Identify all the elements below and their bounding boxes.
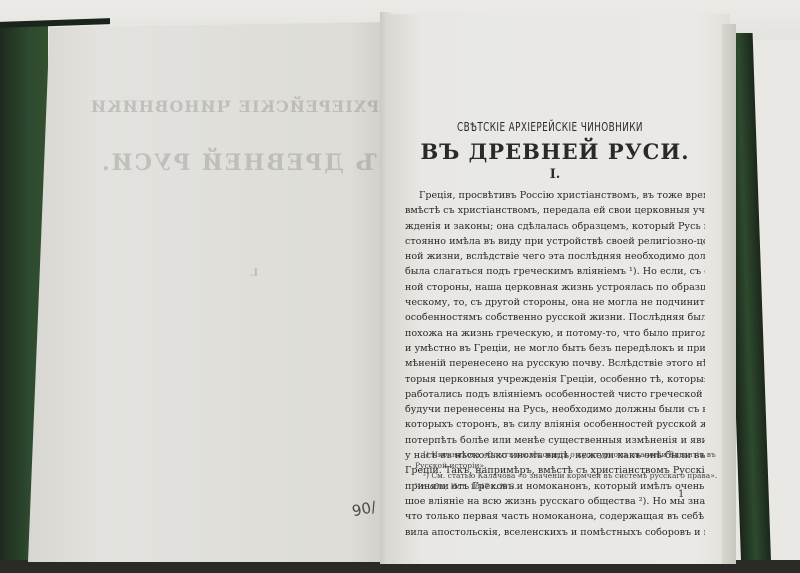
bleed-through-section: I. [250,268,258,279]
page-number: 1 [678,489,684,500]
text-line: будучи перенесены на Русь, необходимо до… [405,402,705,417]
text-line: шое вліяніе на всю жизнь русскаго общест… [405,494,705,509]
page-stack-edge [722,24,736,564]
text-line: потерпѣть болѣе или менѣе существенныя и… [405,433,705,448]
text-line: ческому, то, съ другой стороны, она не м… [405,295,705,310]
text-line: ной жизни, вслѣдствіе чего эта послѣдняя… [405,249,705,264]
text-line: и умѣстно въ Греціи, не могло быть безъ … [405,341,705,356]
page-subtitle: ВЪ ДРЕВНЕЙ РУСИ. [405,139,705,164]
text-line: мѣненій перенесено на русскую почву. Всл… [405,356,705,371]
footnote-line: ²) См. статью Калачова «о значеніи кормч… [415,471,715,482]
text-line: жденія и законы; она сдѣлалась образцемъ… [405,219,705,234]
footnote-line: ¹) Иконникова «Опытъ изслѣдованія о куль… [415,450,715,461]
footnote-line: Чт. общ. Ист. 1847 г. № 3. [415,482,715,493]
page-title: СВѢТСКІЕ АРХІЕРЕЙСКІЕ ЧИНОВНИКИ [423,120,677,134]
bleed-through-subtitle: ВЪ ДРЕВНЕЙ РУСИ. [100,150,397,176]
text-line: работались подъ вліяніемъ особенностей ч… [405,387,705,402]
text-line: похожа на жизнь греческую, и потому-то, … [405,326,705,341]
footnotes: ¹) Иконникова «Опытъ изслѣдованія о куль… [415,450,715,492]
text-line: что только первая часть номоканона, соде… [405,509,705,524]
text-line: была слагаться подъ греческимъ вліяніемъ… [405,264,705,279]
text-line: вмѣстѣ съ христіанствомъ, передала ей св… [405,203,705,218]
text-line: вила апостольскія, вселенскихъ и помѣстн… [405,525,705,540]
text-line: которыхъ сторонъ, въ силу вліянія особен… [405,417,705,432]
text-line: стоянно имѣла въ виду при устройствѣ сво… [405,234,705,249]
footnote-line: Русской исторіи». [415,461,715,472]
text-line: особенностямъ собственно русской жизни. … [405,310,705,325]
text-line: торыя церковныя учрежденія Греціи, особе… [405,372,705,387]
text-line: Греція, просвѣтивъ Россію христіанствомъ… [405,188,705,203]
text-line: ной стороны, наша церковная жизнь устроя… [405,280,705,295]
section-number: I. [405,167,705,182]
